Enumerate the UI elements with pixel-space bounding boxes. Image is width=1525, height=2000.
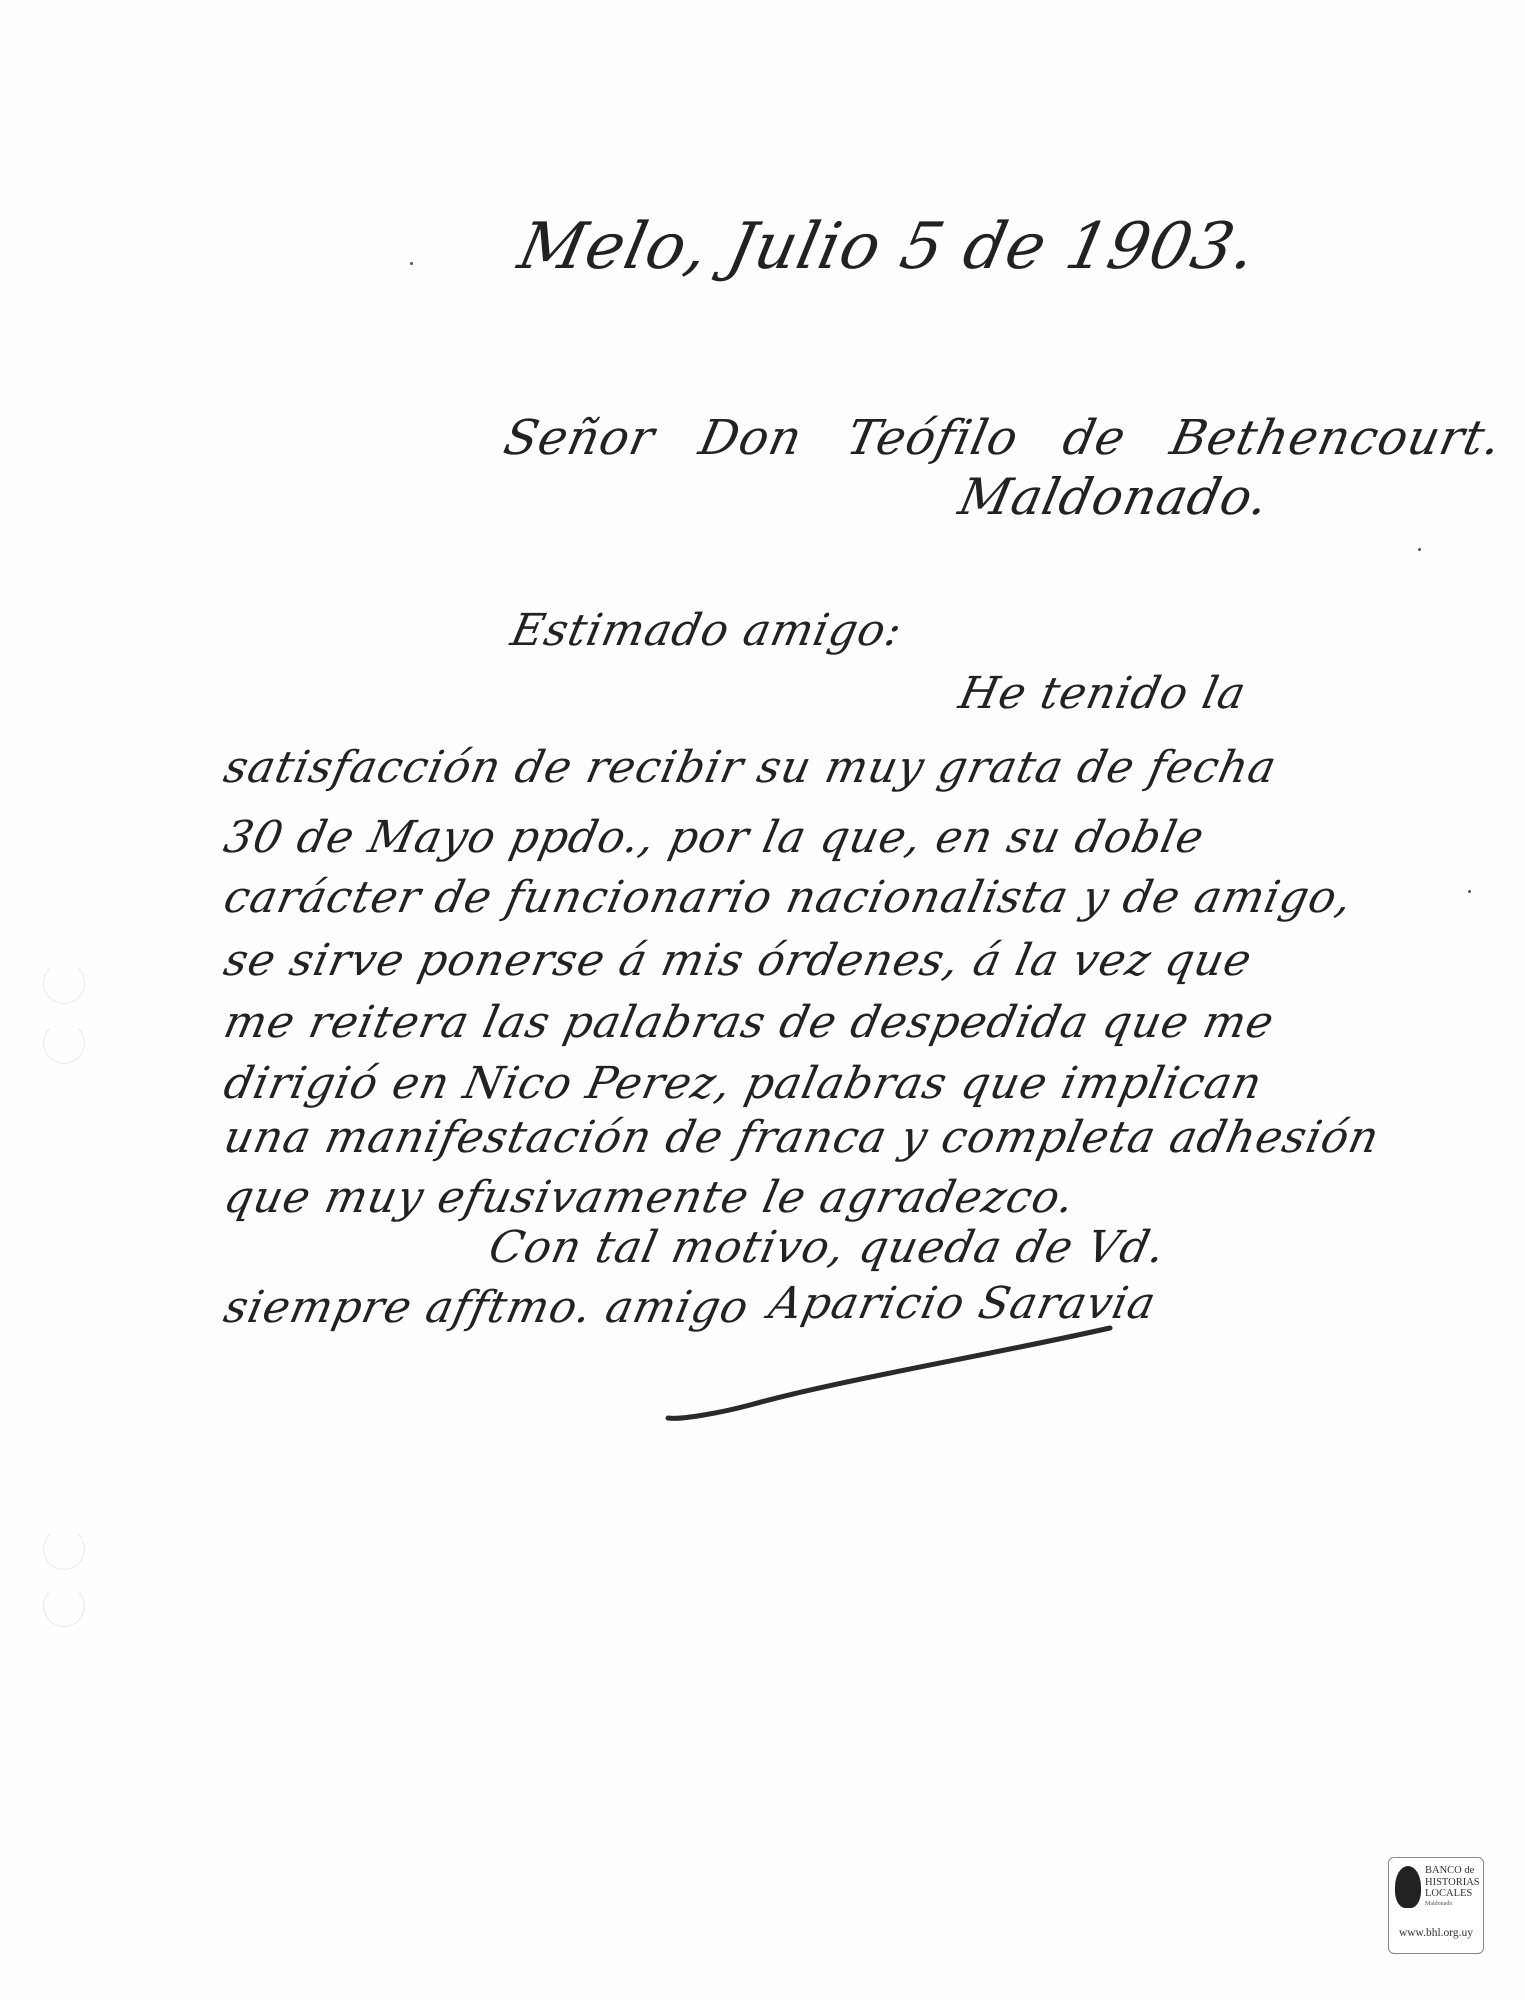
watermark-line: BANCO de [1425,1865,1480,1877]
letter-body-line: una manifestación de franca y completa a… [220,1112,1385,1163]
watermark-subtitle: Maldonado [1425,1900,1480,1908]
watermark-line: LOCALES [1425,1888,1480,1900]
letter-body-line: que muy efusivamente le agradezco. [220,1172,1080,1223]
letter-body-line: carácter de funcionario nacionalista y d… [220,872,1358,923]
letter-body-line: satisfacción de recibir su muy grata de … [220,742,1282,793]
letter-body-line: He tenido la [955,668,1251,719]
letter-body-line: dirigió en Nico Perez, palabras que impl… [220,1058,1267,1109]
watermark-line: HISTORIAS [1425,1877,1480,1889]
scanned-letter-page: Melo, Julio 5 de 1903. Señor Don Teófilo… [0,0,1525,2000]
punch-hole [43,1528,85,1570]
tree-icon [1395,1866,1421,1908]
scan-speck [410,262,413,265]
letter-salutation: Estimado amigo: [507,605,907,656]
watermark-title: BANCO de HISTORIAS LOCALES Maldonado [1425,1865,1480,1908]
letter-city: Maldonado. [954,468,1275,526]
letter-body-line: Con tal motivo, queda de Vd. [485,1222,1171,1273]
scan-speck [1418,548,1421,551]
letter-body-line: 30 de Mayo ppdo., por la que, en su dobl… [220,812,1209,863]
punch-hole [43,1585,85,1627]
watermark-url: www.bhl.org.uy [1389,1927,1483,1939]
signature-flourish [660,1310,1120,1430]
punch-hole [43,1022,85,1064]
letter-dateline: Melo, Julio 5 de 1903. [512,210,1263,284]
letter-addressee: Señor Don Teófilo de Bethencourt. [499,410,1507,466]
punch-hole [43,962,85,1004]
letter-body-line: me reitera las palabras de despedida que… [220,997,1279,1048]
watermark-logo: BANCO de HISTORIAS LOCALES Maldonado www… [1388,1857,1484,1954]
letter-body-line: se sirve ponerse á mis órdenes, á la vez… [220,935,1257,986]
scan-speck [1468,890,1471,893]
